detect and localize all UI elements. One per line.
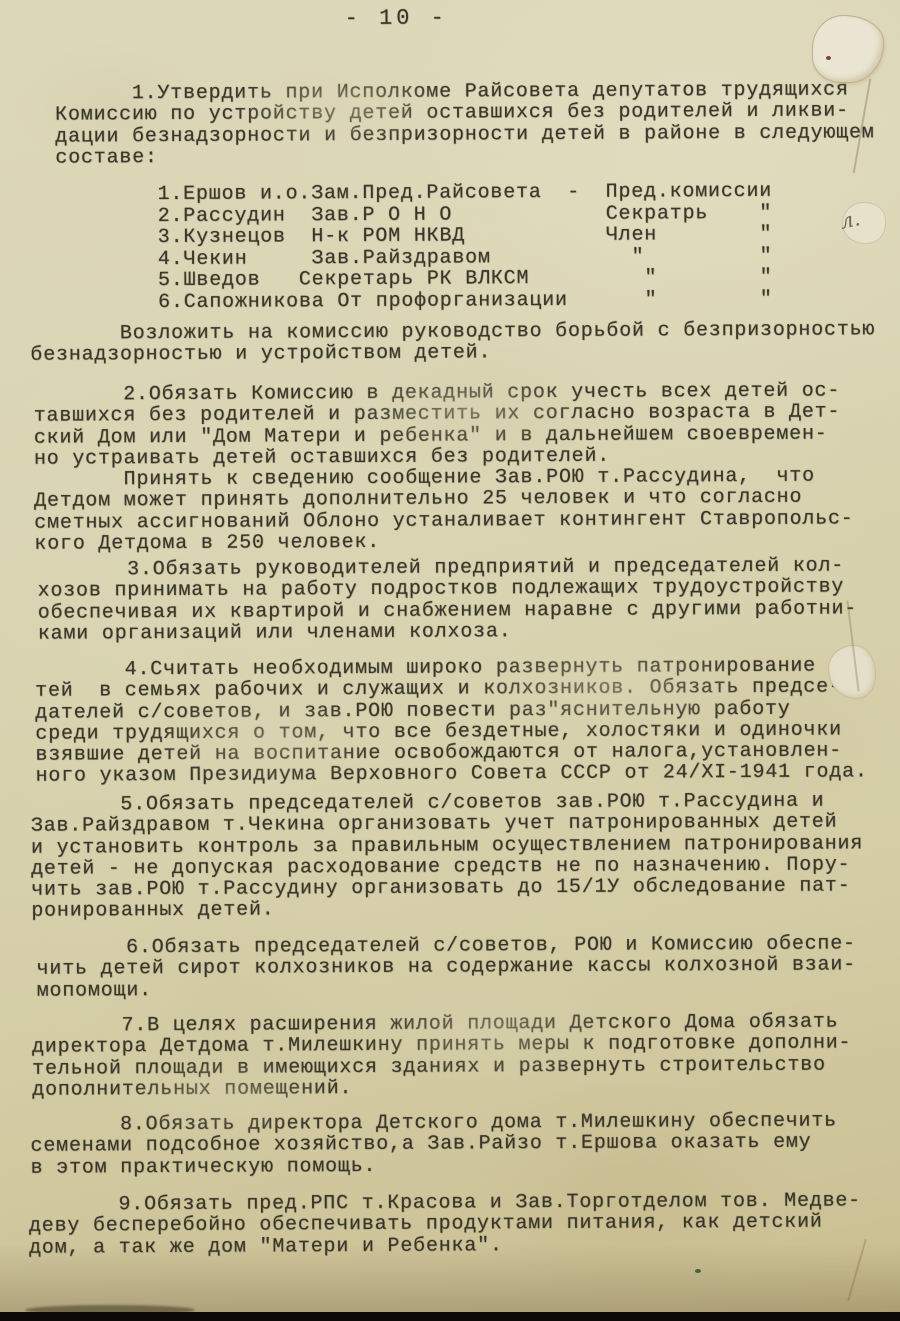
item-7-paragraph: 7.В целях расширения жилой площади Детск…: [32, 1011, 852, 1100]
item-8-paragraph: 8.Обязать директора Детского дома т.Миле…: [30, 1111, 837, 1179]
page-number: - 10 -: [345, 8, 448, 30]
green-speck: [695, 1269, 701, 1273]
document-page: - 10 - 1.Утвердить при Исполкоме Райсове…: [0, 0, 900, 1321]
item-4-paragraph: 4.Считать необходимым широко развернуть …: [35, 655, 868, 787]
item-5-paragraph: 5.Обязать председателей с/советов зав.РО…: [31, 790, 864, 922]
typewritten-text-layer: - 10 - 1.Утвердить при Исполкоме Райсове…: [0, 0, 900, 1321]
mandate-paragraph: Возложить на комиссию руководство борьбо…: [30, 319, 875, 366]
item-6-paragraph: 6.Обязать председателей с/советов, РОЮ и…: [36, 933, 856, 1001]
item-3-paragraph: 3.Обязать руководителей предприятий и пр…: [37, 555, 857, 644]
intro-paragraph: 1.Утвердить при Исполкоме Райсовета депу…: [55, 79, 875, 168]
item-9-paragraph: 9.Обязать пред.РПС т.Красова и Зав.Торго…: [29, 1190, 861, 1258]
scan-edge-strip: [0, 1312, 900, 1321]
committee-list: 1.Ершов и.о.Зам.Пред.Райсовета - Пред.ко…: [158, 181, 773, 314]
rust-speck: [826, 56, 831, 60]
item-2-paragraph: 2.Обязать Комиссию в декадный срок учест…: [34, 380, 854, 555]
